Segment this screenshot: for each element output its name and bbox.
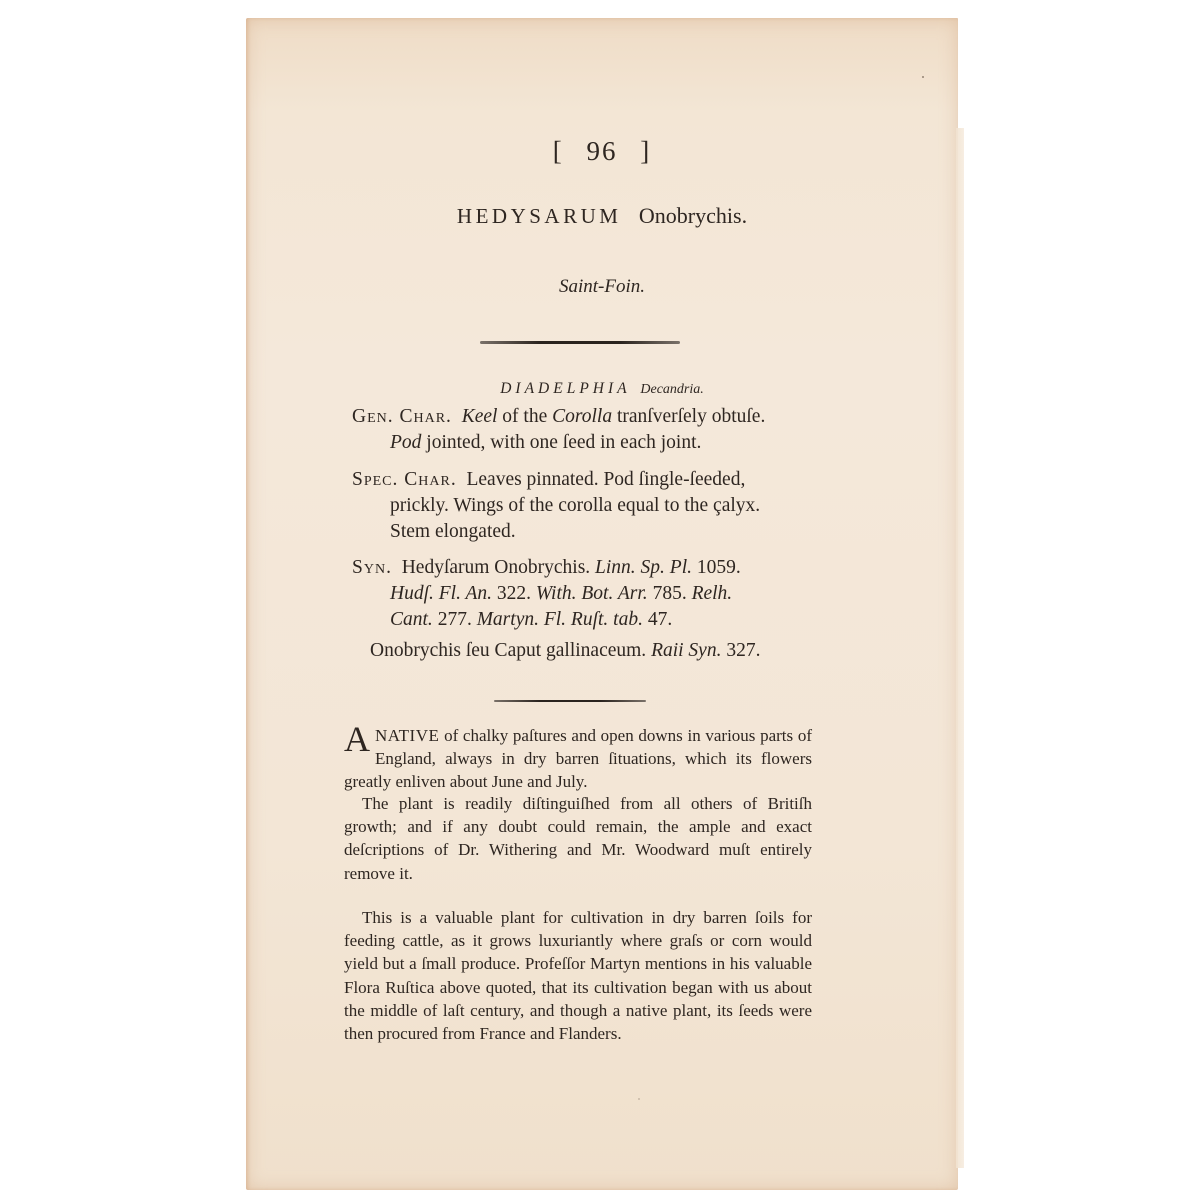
linnaean-classification: DIADELPHIA Decandria.: [246, 380, 958, 398]
spec-char-label: Spec. Char.: [352, 469, 457, 490]
gen-char-text: tranſverſely obtuſe.: [612, 406, 765, 427]
synonym-alternate: Onobrychis ſeu Caput gallinaceum. Raii S…: [370, 638, 820, 664]
syn-number: 322.: [492, 583, 536, 604]
gen-char-text: jointed, with one ſeed in each joint.: [421, 432, 701, 453]
syn-citation: Relh.: [692, 583, 733, 604]
syn-alt-text: Onobrychis ſeu Caput gallinaceum.: [370, 640, 651, 661]
common-name: Saint-Foin.: [246, 276, 958, 298]
syn-text: Hedyſarum Onobrychis.: [402, 557, 595, 578]
syn-citation: Cant.: [390, 609, 433, 630]
syn-citation: Raii Syn.: [651, 640, 721, 661]
generic-character: Gen. Char. Keel of the Corolla tranſverſ…: [352, 404, 820, 456]
class-name: DIADELPHIA: [500, 380, 630, 397]
paragraph-text: The plant is readily diſtinguiſhed from …: [344, 792, 812, 885]
decorative-rule-middle: [494, 700, 646, 702]
gen-char-keel: Keel: [462, 406, 498, 427]
body-paragraph-3: This is a valuable plant for cultivation…: [344, 906, 812, 1045]
book-page: [ 96 ] HEDYSARUM Onobrychis. Saint-Foin.…: [246, 18, 958, 1190]
title-genus: HEDYSARUM: [457, 204, 622, 228]
syn-number: 785.: [648, 583, 692, 604]
page-title: HEDYSARUM Onobrychis.: [246, 203, 958, 229]
gen-char-pod: Pod: [390, 432, 421, 453]
page-number: [ 96 ]: [246, 136, 958, 167]
paper-speck: [806, 938, 808, 940]
syn-line2: Hudſ. Fl. An. 322. With. Bot. Arr. 785. …: [352, 581, 820, 607]
gen-char-line2: Pod jointed, with one ſeed in each joint…: [352, 430, 820, 456]
syn-line3: Cant. 277. Martyn. Fl. Ruſt. tab. 47.: [352, 607, 820, 633]
syn-label: Syn.: [352, 557, 392, 578]
paragraph-text: This is a valuable plant for cultivation…: [344, 906, 812, 1045]
spec-char-line2: prickly. Wings of the corolla equal to t…: [352, 493, 820, 519]
gen-char-text: of the: [497, 406, 552, 427]
specific-character: Spec. Char. Leaves pinnated. Pod ſingle-…: [352, 467, 820, 545]
paper-speck: [922, 76, 924, 78]
order-name: Decandria.: [640, 382, 703, 397]
syn-number: 1059.: [692, 557, 741, 578]
syn-citation: With. Bot. Arr.: [536, 583, 648, 604]
syn-citation: Linn. Sp. Pl.: [595, 557, 692, 578]
syn-citation: Hudſ. Fl. An.: [390, 583, 492, 604]
gen-char-corolla: Corolla: [552, 406, 612, 427]
paper-speck: [638, 1098, 640, 1100]
spec-char-line3: Stem elongated.: [352, 519, 820, 545]
gen-char-label: Gen. Char.: [352, 406, 452, 427]
body-paragraph-2: The plant is readily diſtinguiſhed from …: [344, 792, 812, 885]
syn-citation: Martyn. Fl. Ruſt. tab.: [477, 609, 643, 630]
syn-number: 277.: [433, 609, 477, 630]
title-species: Onobrychis.: [639, 203, 747, 228]
decorative-rule-top: [480, 341, 680, 344]
opening-word: NATIVE: [375, 726, 439, 745]
body-paragraph-1: ANATIVE of chalky paſtures and open down…: [344, 724, 812, 794]
synonyms: Syn. Hedyſarum Onobrychis. Linn. Sp. Pl.…: [352, 555, 820, 633]
drop-cap: A: [344, 726, 370, 752]
syn-number: 47.: [643, 609, 672, 630]
syn-number: 327.: [721, 640, 760, 661]
spec-char-line1: Leaves pinnated. Pod ſingle-ſeeded,: [466, 469, 745, 490]
